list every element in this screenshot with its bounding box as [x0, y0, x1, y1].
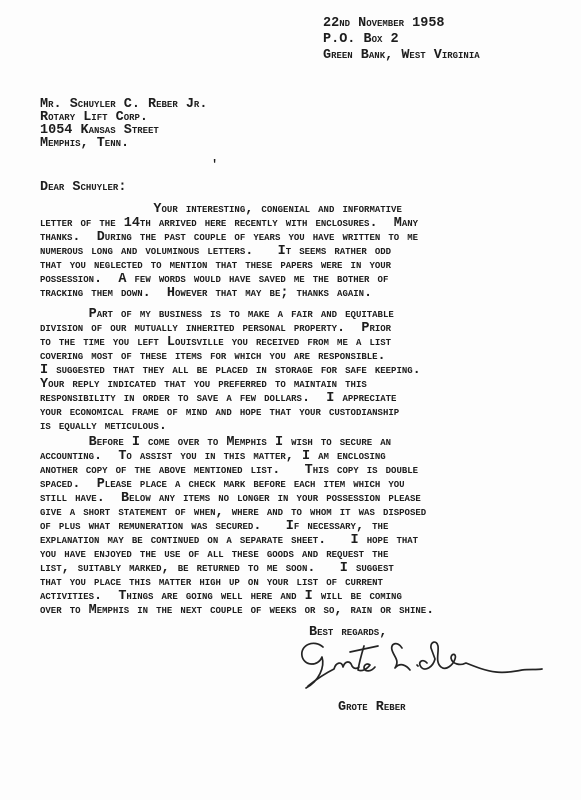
letter-sheet: 22nd November 1958 P.O. Box 2 Green Bank… — [0, 0, 581, 800]
recipient-address-block: Mr. Schuyler C. Reber Jr. Rotary Lift Co… — [40, 98, 207, 150]
body-paragraph-2: Part of my business is to make a fair an… — [40, 308, 421, 434]
date-and-return-address-block: 22nd November 1958 P.O. Box 2 Green Bank… — [323, 16, 480, 64]
typed-signature-name: Grote Reber — [338, 701, 406, 715]
body-paragraph-1: Your interesting, congenial and informat… — [40, 203, 418, 301]
handwritten-signature — [292, 636, 568, 698]
body-paragraph-3: Before I come over to Memphis I wish to … — [40, 436, 434, 618]
stray-scan-mark: ' — [211, 158, 218, 172]
salutation: Dear Schuyler: — [40, 181, 126, 195]
